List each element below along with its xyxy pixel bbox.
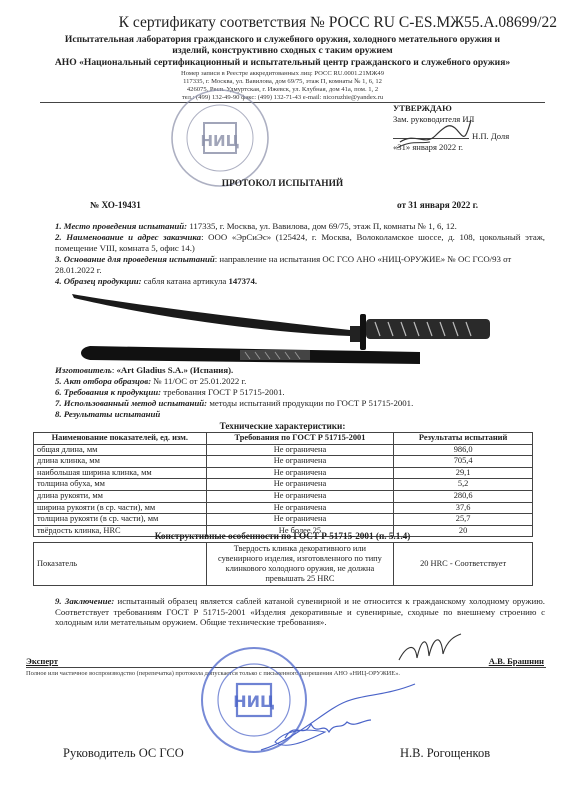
organization-name: АНО «Национальный сертификационный и исп…	[0, 57, 565, 69]
cell-indicator: общая длина, мм	[34, 444, 207, 456]
address-izhevsk: 426075, Респ. Удмуртская, г. Ижевск, ул.…	[0, 86, 565, 94]
table-row: длина клинка, ммНе ограничена705,4	[34, 456, 533, 468]
design-indicator: Показатель	[34, 543, 207, 586]
design-features-table: Показатель Твердость клинка декоративног…	[33, 542, 533, 586]
conclusion: 9. Заключение: испытанный образец являет…	[55, 596, 545, 628]
design-table-title: Конструктивные особенности по ГОСТ Р 517…	[0, 531, 565, 541]
table-row: ширина рукояти (в ср. части), ммНе огран…	[34, 502, 533, 514]
approval-name: Н.П. Доля	[472, 131, 509, 141]
table-row: толщина обуха, ммНе ограничена5,2	[34, 479, 533, 491]
table-row: общая длина, ммНе ограничена986,0	[34, 444, 533, 456]
design-result: 20 HRC - Соответствует	[394, 543, 533, 586]
cell-result: 986,0	[394, 444, 533, 456]
item-sampling-act: 5. Акт отбора образцов: № 11/ОС от 25.01…	[55, 376, 545, 387]
protocol-title: ПРОТОКОЛ ИСПЫТАНИЙ	[0, 179, 565, 189]
contacts: тел.: (499) 132-49-90 факс: (499) 132-71…	[0, 94, 565, 102]
registry-number: Номер записи в Реестре аккредитованных л…	[0, 70, 565, 78]
table-row: длина рукояти, ммНе ограничена280,6	[34, 490, 533, 502]
address-moscow: 117335, г. Москва, ул. Вавилова, дом 69/…	[0, 78, 565, 86]
table-row: наибольшая ширина клинка, ммНе ограничен…	[34, 467, 533, 479]
cell-requirement: Не ограничена	[206, 456, 394, 468]
expert-name: А.В. Брашнин	[489, 656, 544, 666]
cell-result: 5,2	[394, 479, 533, 491]
table-row: толщина рукояти (в ср. части), ммНе огра…	[34, 514, 533, 526]
item-test-method: 7. Использованный метод испытаний: метод…	[55, 398, 545, 409]
signature-expert	[395, 630, 465, 666]
cell-requirement: Не ограничена	[206, 444, 394, 456]
design-requirement: Твердость клинка декоративного или сувен…	[206, 543, 394, 586]
reproduction-note: Полное или частичное воспроизводство (пе…	[26, 670, 400, 677]
expert-label: Эксперт	[26, 656, 58, 666]
item-basis: 3. Основание для проведения испытаний: н…	[55, 254, 545, 275]
cell-indicator: длина клинка, мм	[34, 456, 207, 468]
protocol-date: от 31 января 2022 г.	[397, 200, 478, 210]
head-name: Н.В. Рогощенков	[400, 746, 490, 761]
cell-result: 29,1	[394, 467, 533, 479]
col-header-requirement: Требования по ГОСТ Р 51715-2001	[206, 433, 394, 445]
certificate-reference: К сертификату соответствия № РОСС RU C-E…	[119, 14, 557, 32]
cell-requirement: Не ограничена	[206, 502, 394, 514]
signature-approver	[395, 112, 475, 152]
cell-result: 25,7	[394, 514, 533, 526]
katana-image	[60, 286, 510, 366]
cell-result: 280,6	[394, 490, 533, 502]
col-header-result: Результаты испытаний	[394, 433, 533, 445]
cell-indicator: наибольшая ширина клинка, мм	[34, 467, 207, 479]
tech-table-title: Технические характеристики:	[0, 421, 565, 431]
item-sample: 4. Образец продукции: сабля катана артик…	[55, 276, 545, 287]
cell-requirement: Не ограничена	[206, 467, 394, 479]
cell-indicator: толщина рукояти (в ср. части), мм	[34, 514, 207, 526]
tech-characteristics-table: Наименование показателей, ед. изм. Требо…	[33, 432, 533, 537]
head-position: Руководитель ОС ГСО	[63, 746, 184, 761]
cell-indicator: ширина рукояти (в ср. части), мм	[34, 502, 207, 514]
item-requirements: 6. Требования к продукции: требования ГО…	[55, 387, 545, 398]
cell-requirement: Не ограничена	[206, 490, 394, 502]
cell-indicator: длина рукояти, мм	[34, 490, 207, 502]
item-results: 8. Результаты испытаний	[55, 409, 545, 420]
protocol-number: № ХО-19431	[90, 200, 141, 210]
cell-result: 37,6	[394, 502, 533, 514]
lab-name-line-2: изделий, конструктивно сходных с таким о…	[0, 45, 565, 57]
expert-line: Эксперт А.В. Брашнин	[26, 656, 546, 668]
svg-text:НИЦ: НИЦ	[200, 132, 239, 150]
item-customer: 2. Наименование и адрес заказчика: ООО «…	[55, 232, 545, 253]
item-test-location: 1. Место проведения испытаний: 117335, г…	[55, 221, 545, 232]
cell-requirement: Не ограничена	[206, 514, 394, 526]
cell-indicator: толщина обуха, мм	[34, 479, 207, 491]
item-manufacturer: Изготовитель: «Art Gladius S.A.» (Испани…	[55, 365, 545, 376]
cell-requirement: Не ограничена	[206, 479, 394, 491]
col-header-indicator: Наименование показателей, ед. изм.	[34, 433, 207, 445]
cell-result: 705,4	[394, 456, 533, 468]
